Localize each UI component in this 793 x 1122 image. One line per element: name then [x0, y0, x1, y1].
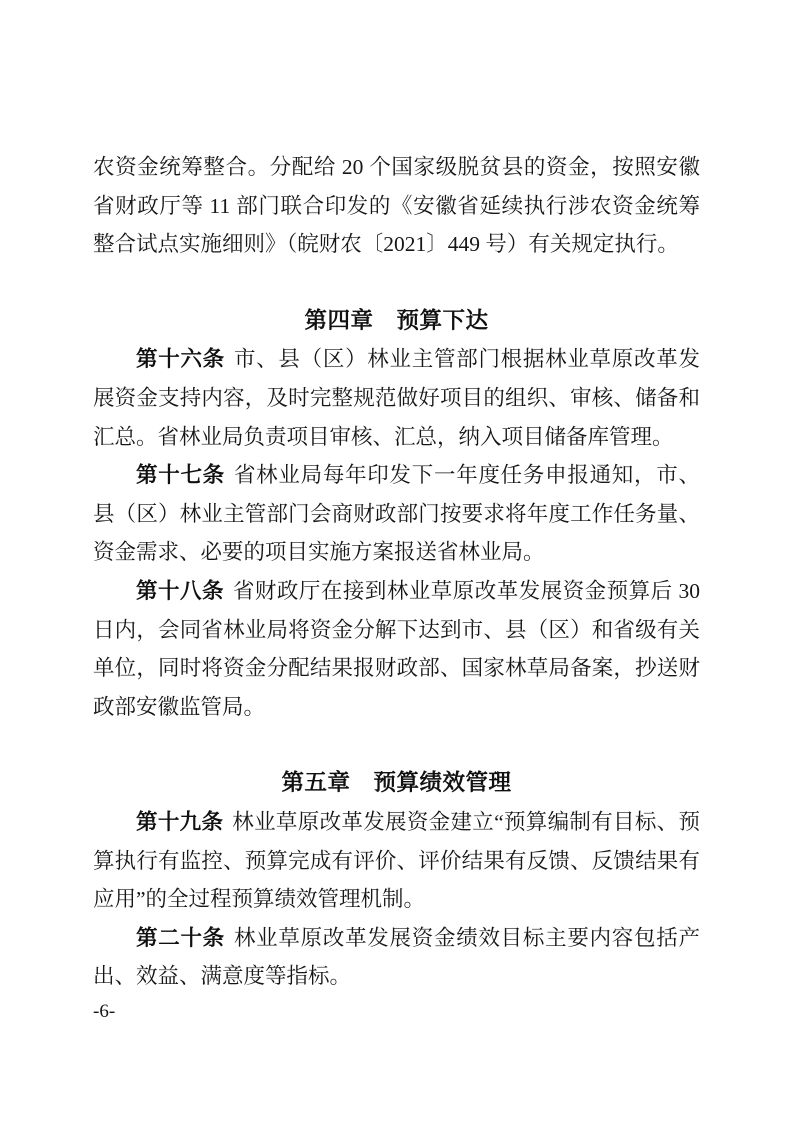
document-body: 农资金统筹整合。分配给 20 个国家级脱贫县的资金，按照安徽省财政厅等 11 部… — [93, 148, 700, 996]
article-16-label: 第十六条 — [136, 347, 225, 371]
article-20: 第二十条林业草原改革发展资金绩效目标主要内容包括产出、效益、满意度等指标。 — [93, 919, 700, 996]
article-16: 第十六条市、县（区）林业主管部门根据林业草原改革发展资金支持内容，及时完整规范做… — [93, 340, 700, 456]
article-18: 第十八条省财政厅在接到林业草原改革发展资金预算后 30 日内，会同省林业局将资金… — [93, 572, 700, 726]
article-17-label: 第十七条 — [136, 463, 225, 487]
document-page: 农资金统筹整合。分配给 20 个国家级脱贫县的资金，按照安徽省财政厅等 11 部… — [0, 0, 793, 1122]
paragraph-text: 农资金统筹整合。分配给 20 个国家级脱贫县的资金，按照安徽省财政厅等 11 部… — [93, 155, 700, 256]
continuation-paragraph: 农资金统筹整合。分配给 20 个国家级脱贫县的资金，按照安徽省财政厅等 11 部… — [93, 148, 700, 264]
article-17: 第十七条省林业局每年印发下一年度任务申报通知，市、县（区）林业主管部门会商财政部… — [93, 456, 700, 572]
article-19: 第十九条林业草原改革发展资金建立“预算编制有目标、预算执行有监控、预算完成有评价… — [93, 803, 700, 919]
chapter-heading-5: 第五章 预算绩效管理 — [93, 764, 700, 803]
page-number: -6- — [93, 1000, 115, 1024]
article-20-label: 第二十条 — [136, 926, 225, 950]
chapter-heading-4: 第四章 预算下达 — [93, 302, 700, 341]
article-18-label: 第十八条 — [136, 579, 224, 603]
article-19-label: 第十九条 — [136, 810, 223, 834]
